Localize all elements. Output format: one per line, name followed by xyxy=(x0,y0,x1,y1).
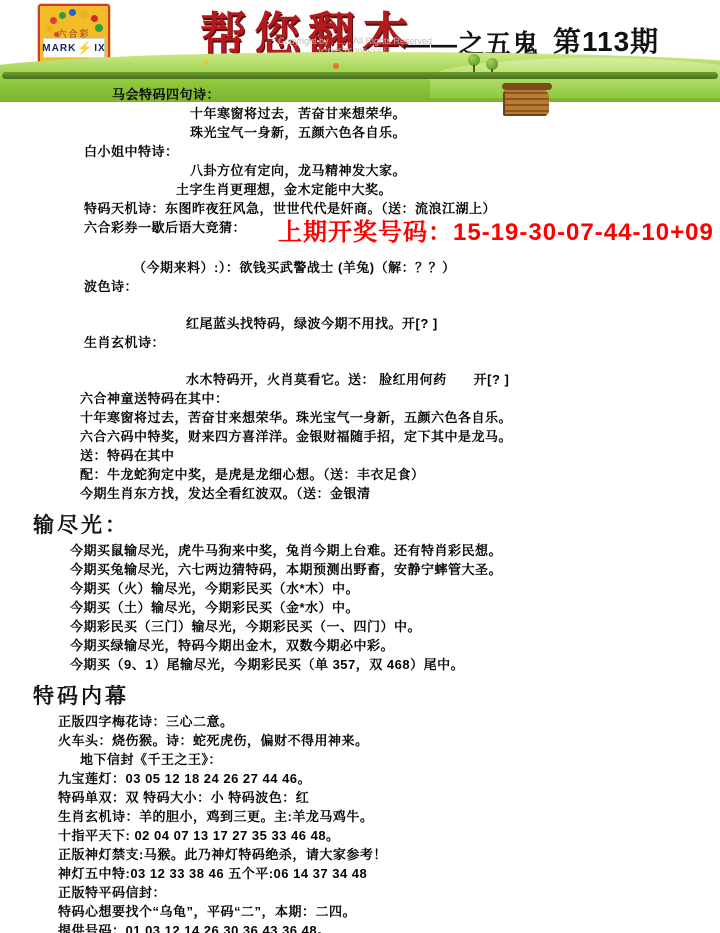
text-line: 水木特码开，火肖莫看它。送： 脸红用何药 开[? ] xyxy=(186,370,720,389)
text-line: 今期买（火）输尽光，今期彩民买（水*木）中。 xyxy=(70,579,720,598)
text-line: 十指平天下: 02 04 07 13 17 27 35 33 46 48。 xyxy=(58,826,720,845)
ball-icon xyxy=(203,60,208,65)
text-line: 今期买（9、1）尾输尽光，今期彩民买（单 357，双 468）尾中。 xyxy=(70,655,720,674)
text-line: 特码天机诗：东图昨夜狂风急，世世代代是奸商。（送：流浪江湖上） xyxy=(84,199,720,218)
text-line: 地下信封《千王之王》： xyxy=(80,750,720,769)
grass-base-line xyxy=(2,72,718,79)
text-line: 生肖玄机诗： xyxy=(84,333,720,352)
text-line xyxy=(0,296,720,314)
ball-icon xyxy=(69,9,76,16)
text-line: 八卦方位有定向，龙马精神发大家。 xyxy=(190,161,720,180)
text-line: 六合神童送特码在其中： xyxy=(80,389,720,408)
text-line: 今期买（土）输尽光，今期彩民买（金*水）中。 xyxy=(70,598,720,617)
text-line: 今期买鼠输尽光，虎牛马狗来中奖，兔肖今期上台难。还有特肖彩民想。 xyxy=(70,541,720,560)
text-line: 特码心想要找个“乌龟”，平码“二”，本期：二四。 xyxy=(58,902,720,921)
text-line: 今期买绿输尽光，特码今期出金木，双数今期必中彩。 xyxy=(70,636,720,655)
text-line: 送：特码在其中 xyxy=(80,446,720,465)
ball-icon xyxy=(91,15,98,22)
text-line: 十年寒窗将过去，苦奋甘来想荣华。珠光宝气一身新，五颜六色各自乐。 xyxy=(80,408,720,427)
text-line xyxy=(0,237,720,258)
text-line: 神灯五中特:03 12 33 38 46 五个平:06 14 37 34 48 xyxy=(58,864,720,883)
text-line: 正版神灯禁支:马猴。此乃神灯特码绝杀，请大家参考！ xyxy=(58,845,720,864)
header: 六合彩 MARK ⚡ IX 帮您翻本 ——之五鬼 第113期 Copyright… xyxy=(0,0,720,80)
text-line: 配：牛龙蛇狗定中奖，是虎是龙细心想。（送：丰衣足食） xyxy=(80,465,720,484)
text-line: 正版特平码信封： xyxy=(58,883,720,902)
lottery-tip-sheet: 六合彩 MARK ⚡ IX 帮您翻本 ——之五鬼 第113期 Copyright… xyxy=(0,0,720,933)
text-line: （今期来料）:）：欲钱买武警战士 (羊兔)（解：？？） xyxy=(133,258,720,277)
section-heading: 输尽光： xyxy=(33,509,720,541)
text-line: 生肖玄机诗：羊的胆小，鸡到三更。主:羊龙马鸡牛。 xyxy=(58,807,720,826)
tree-icon xyxy=(468,54,480,72)
text-line: 正版四字梅花诗：三心二意。 xyxy=(58,712,720,731)
text-line: 特码单双：双 特码大小：小 特码波色：红 xyxy=(58,788,720,807)
text-line: 白小姐中特诗： xyxy=(84,142,720,161)
text-line: 今期买兔输尽光，六七两边猜特码，本期预测出野畜，安静宁蟀管大圣。 xyxy=(70,560,720,579)
ball-icon xyxy=(59,12,66,19)
grass-banner xyxy=(0,46,720,80)
text-line: 波色诗： xyxy=(84,277,720,296)
text-line: 六合六码中特奖，财来四方喜洋洋。金银财福随手招，定下其中是龙马。 xyxy=(80,427,720,446)
text-line: 红尾蓝头找特码，绿波今期不用找。开[? ] xyxy=(186,314,720,333)
text-line: 九宝莲灯：03 05 12 18 24 26 27 44 46。 xyxy=(58,769,720,788)
ball-icon xyxy=(333,63,339,69)
content: 马会特码四句诗：十年寒窗将过去，苦奋甘来想荣华。珠光宝气一身新，五颜六色各自乐。… xyxy=(0,85,720,933)
text-line: 六合彩券一歇后语大竞猜： xyxy=(84,218,720,237)
text-line xyxy=(0,352,720,370)
section-heading: 特码内幕 xyxy=(33,680,720,712)
ball-icon xyxy=(50,17,57,24)
text-line: 珠光宝气一身新，五颜六色各自乐。 xyxy=(190,123,720,142)
text-line: 土字生肖更理想，金木定能中大奖。 xyxy=(176,180,720,199)
ball-icon xyxy=(80,10,89,19)
text-line: 今期彩民买（三门）输尽光，今期彩民买（一、四门）中。 xyxy=(70,617,720,636)
text-line: 火车头：烧伤猴。诗：蛇死虎伤，偏财不得用神来。 xyxy=(58,731,720,750)
text-line: 提供号码：01 03 12 14 26 30 36 43 36 48。 xyxy=(58,921,720,933)
text-line: 今期生肖东方找，发达全看红波双。（送：金银清 xyxy=(80,484,720,503)
text-line: 十年寒窗将过去，苦奋甘来想荣华。 xyxy=(190,104,720,123)
text-line: 马会特码四句诗： xyxy=(112,85,720,104)
